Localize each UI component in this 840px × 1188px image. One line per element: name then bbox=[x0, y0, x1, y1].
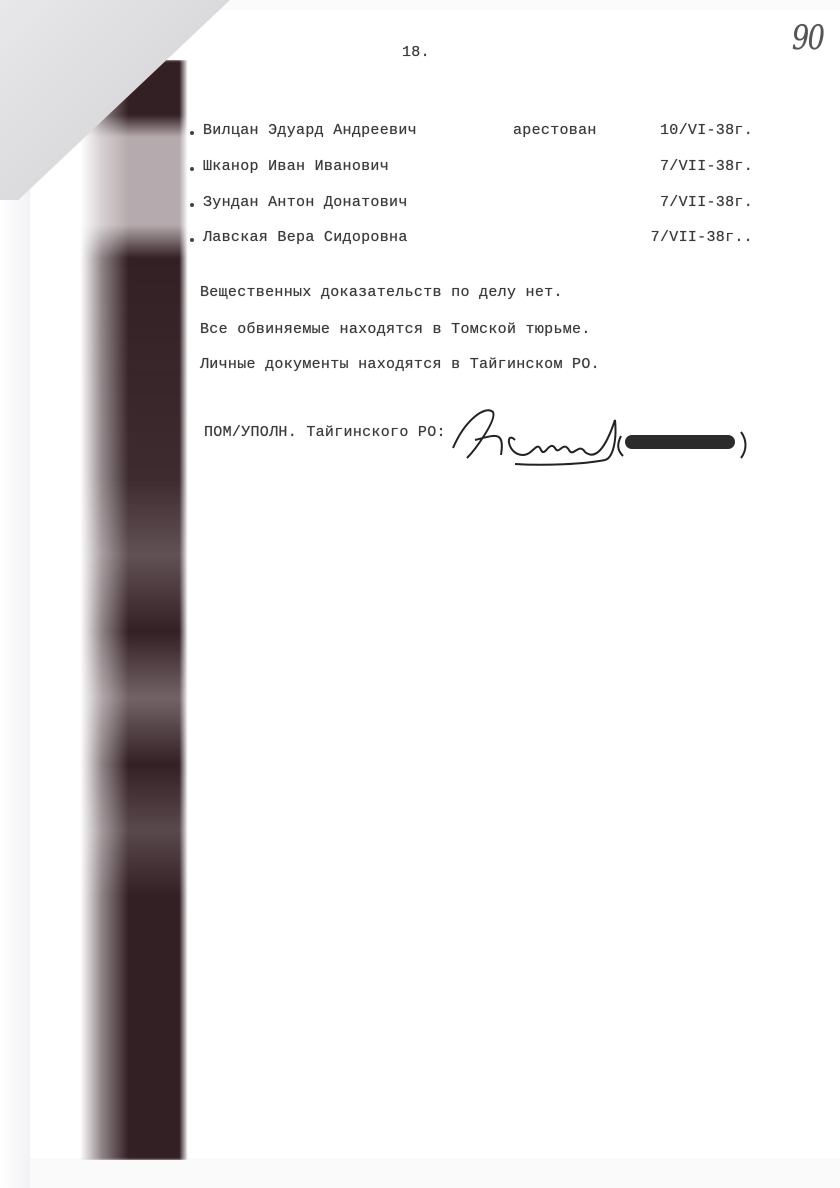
arrest-date: 7/VII-38г.. bbox=[651, 229, 753, 246]
statement-documents: Личные документы находятся в Тайгинском … bbox=[200, 356, 600, 373]
arrest-date: 10/VI-38г. bbox=[660, 122, 753, 139]
arrest-date: 7/VII-38г. bbox=[660, 194, 753, 211]
page-bottom-edge bbox=[30, 1158, 840, 1188]
photocopy-binding-shadow bbox=[80, 60, 188, 1160]
statement-prison: Все обвиняемые находятся в Томской тюрьм… bbox=[200, 321, 591, 338]
accused-row: Вилцан Эдуард Андреевич арестован 10/VI-… bbox=[203, 122, 783, 144]
archive-sheet-number: 90 bbox=[792, 18, 823, 58]
accused-row: Лавская Вера Сидоровна 7/VII-38г.. bbox=[203, 229, 783, 251]
statement-evidence: Вещественных доказательств по делу нет. bbox=[200, 284, 563, 301]
accused-row: Зундан Антон Донатович 7/VII-38г. bbox=[203, 194, 783, 216]
accused-name: Лавская Вера Сидоровна bbox=[203, 229, 408, 246]
bullet-dot bbox=[190, 131, 194, 135]
page-number: 18. bbox=[402, 44, 430, 61]
bullet-dot bbox=[190, 167, 194, 171]
handwritten-signature bbox=[445, 400, 765, 470]
accused-name: Вилцан Эдуард Андреевич bbox=[203, 122, 417, 139]
accused-name: Шканор Иван Иванович bbox=[203, 158, 389, 175]
bullet-dot bbox=[190, 203, 194, 207]
accused-status: арестован bbox=[513, 122, 597, 139]
arrest-date: 7/VII-38г. bbox=[660, 158, 753, 175]
redaction-bar bbox=[625, 435, 735, 449]
accused-row: Шканор Иван Иванович 7/VII-38г. bbox=[203, 158, 783, 180]
signatory-title: ПОМ/УПОЛН. Тайгинского РО: bbox=[204, 424, 446, 441]
bullet-dot bbox=[190, 238, 194, 242]
accused-name: Зундан Антон Донатович bbox=[203, 194, 408, 211]
